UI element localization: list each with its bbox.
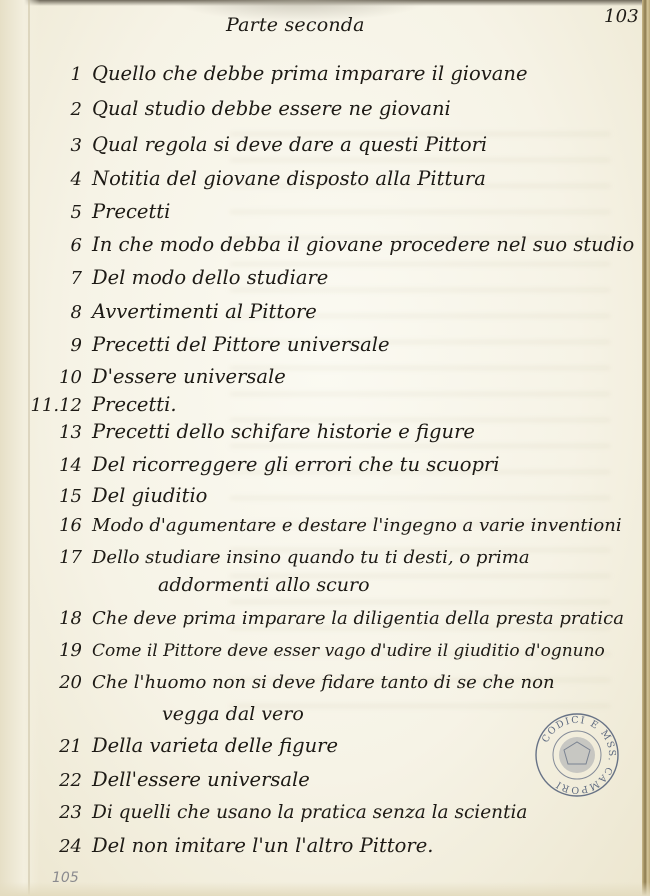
library-stamp: CODICI E MSS. CAMPORI xyxy=(534,712,620,798)
stamp-seal-icon: CODICI E MSS. CAMPORI xyxy=(534,712,620,798)
entry-text: Precetti xyxy=(92,200,170,223)
toc-entry: 8 Avvertimenti al Pittore xyxy=(0,300,317,323)
toc-entry: 18 Che deve prima imparare la diligentia… xyxy=(0,608,624,629)
toc-entry: 1 Quello che debbe prima imparare il gio… xyxy=(0,62,528,85)
entry-text: In che modo debba il giovane procedere n… xyxy=(92,233,634,256)
entry-number: 10 xyxy=(0,367,92,388)
toc-entry: 22 Dell'essere universale xyxy=(0,768,310,791)
entry-number: 9 xyxy=(0,335,92,356)
entry-continuation: addormenti allo scuro xyxy=(158,574,370,596)
entry-text: Precetti. xyxy=(92,393,177,416)
entry-text: Notitia del giovane disposto alla Pittur… xyxy=(92,167,486,190)
entry-number: 20 xyxy=(0,672,92,693)
entry-number: 1 xyxy=(0,64,92,85)
pencil-page-number: 105 xyxy=(52,870,79,886)
entry-continuation: vegga dal vero xyxy=(162,703,304,725)
toc-entry: 23 Di quelli che usano la pratica senza … xyxy=(0,802,527,823)
page-bottom-edge xyxy=(0,882,650,896)
entry-text: Della varieta delle figure xyxy=(92,734,338,757)
entry-number: 17 xyxy=(0,547,92,568)
toc-entry: 19 Come il Pittore deve esser vago d'udi… xyxy=(0,640,605,661)
entry-number: 24 xyxy=(0,836,92,857)
entry-number: 21 xyxy=(0,736,92,757)
entry-number: 5 xyxy=(0,202,92,223)
entry-number: 3 xyxy=(0,135,92,156)
entry-text: Dell'essere universale xyxy=(92,768,310,791)
entry-text: Quello che debbe prima imparare il giova… xyxy=(92,62,528,85)
entry-text: Precetti del Pittore universale xyxy=(92,333,389,356)
entry-number: 23 xyxy=(0,802,92,823)
entry-number: 14 xyxy=(0,455,92,476)
entry-text: Del modo dello studiare xyxy=(92,266,328,289)
toc-entry: 10 D'essere universale xyxy=(0,365,286,388)
entry-text: Del non imitare l'un l'altro Pittore. xyxy=(92,834,433,857)
toc-entry: 7 Del modo dello studiare xyxy=(0,266,328,289)
entry-number: 11.12 xyxy=(0,395,92,416)
toc-entry: 11.12 Precetti. xyxy=(0,393,177,416)
toc-entry: 13 Precetti dello schifare historie e fi… xyxy=(0,420,475,443)
folio-number: 103 xyxy=(604,6,639,27)
toc-entry: 15 Del giuditio xyxy=(0,484,207,507)
entry-text: Di quelli che usano la pratica senza la … xyxy=(92,802,527,823)
entry-number: 4 xyxy=(0,169,92,190)
page-heading: Parte seconda xyxy=(226,14,365,36)
entry-text: Qual studio debbe essere ne giovani xyxy=(92,97,451,120)
entry-number: 13 xyxy=(0,422,92,443)
entry-number: 8 xyxy=(0,302,92,323)
entry-text: Dello studiare insino quando tu ti desti… xyxy=(92,547,530,568)
toc-entry: 20 Che l'huomo non si deve fidare tanto … xyxy=(0,672,555,693)
toc-entry: 6 In che modo debba il giovane procedere… xyxy=(0,233,634,256)
toc-entry: 5 Precetti xyxy=(0,200,170,223)
toc-entry: 24 Del non imitare l'un l'altro Pittore. xyxy=(0,834,433,857)
entry-number: 19 xyxy=(0,640,92,661)
entry-number: 18 xyxy=(0,608,92,629)
entry-text: Che deve prima imparare la diligentia de… xyxy=(92,608,624,629)
page-right-edge xyxy=(642,0,650,896)
entry-text: Avvertimenti al Pittore xyxy=(92,300,317,323)
entry-text: Come il Pittore deve esser vago d'udire … xyxy=(92,641,605,661)
entry-text: Che l'huomo non si deve fidare tanto di … xyxy=(92,672,555,693)
toc-entry: 21 Della varieta delle figure xyxy=(0,734,338,757)
entry-text: Qual regola si deve dare a questi Pittor… xyxy=(92,133,487,156)
entry-number: 6 xyxy=(0,235,92,256)
toc-entry: 14 Del ricorreggere gli errori che tu sc… xyxy=(0,453,500,476)
entry-number: 16 xyxy=(0,515,92,536)
entry-number: 22 xyxy=(0,770,92,791)
manuscript-page: Parte seconda 103 1 Quello che debbe pri… xyxy=(0,0,650,896)
toc-entry: 4 Notitia del giovane disposto alla Pitt… xyxy=(0,167,486,190)
toc-entry: 9 Precetti del Pittore universale xyxy=(0,333,389,356)
entry-text: Del giuditio xyxy=(92,484,207,507)
entry-number: 15 xyxy=(0,486,92,507)
toc-entry: 16 Modo d'agumentare e destare l'ingegno… xyxy=(0,515,622,536)
entry-text: Precetti dello schifare historie e figur… xyxy=(92,420,475,443)
entry-number: 2 xyxy=(0,99,92,120)
toc-entry: 3 Qual regola si deve dare a questi Pitt… xyxy=(0,133,487,156)
toc-entry: 2 Qual studio debbe essere ne giovani xyxy=(0,97,451,120)
entry-text: Del ricorreggere gli errori che tu scuop… xyxy=(92,453,500,476)
toc-entry: 17 Dello studiare insino quando tu ti de… xyxy=(0,547,530,568)
entry-text: D'essere universale xyxy=(92,365,286,388)
entry-number: 7 xyxy=(0,268,92,289)
entry-text: Modo d'agumentare e destare l'ingegno a … xyxy=(92,515,622,536)
